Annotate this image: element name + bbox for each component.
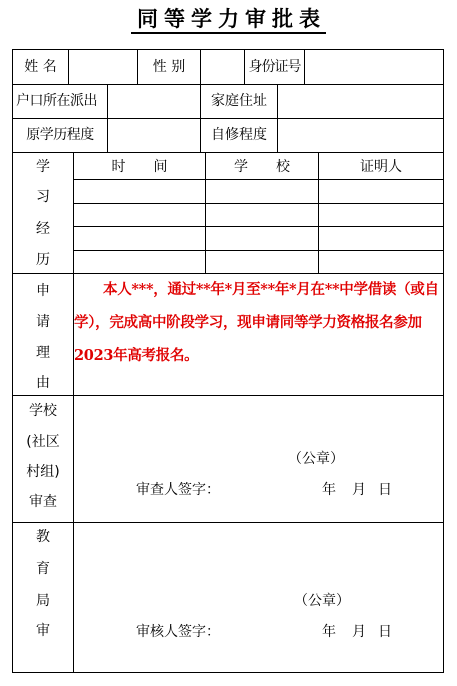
reason-section-label: 请 <box>13 314 73 330</box>
reason-section-label: 申 <box>13 283 73 299</box>
learning-row-4-school[interactable] <box>206 251 318 273</box>
gender-field[interactable] <box>201 50 244 84</box>
school-signer-label: 审查人签字： <box>136 482 220 498</box>
gender-label: 性 别 <box>138 59 200 75</box>
original-education-field[interactable] <box>108 119 200 152</box>
learning-row-2-time[interactable] <box>74 204 205 226</box>
bureau-review-label: 局 <box>13 593 73 609</box>
reason-section-label: 理 <box>13 345 73 361</box>
learning-row-3-school[interactable] <box>206 227 318 250</box>
self-study-field[interactable] <box>278 119 443 152</box>
learning-row-2-school[interactable] <box>206 204 318 226</box>
school-review-label: (社区 <box>13 434 73 450</box>
learning-row-3-witness[interactable] <box>319 227 443 250</box>
learning-row-2-witness[interactable] <box>319 204 443 226</box>
learning-row-1-school[interactable] <box>206 180 318 203</box>
table-border-right <box>443 49 444 673</box>
form-title: 同等学力审批表 <box>0 6 457 34</box>
row-divider <box>12 395 444 396</box>
learning-section-label: 习 <box>13 189 73 205</box>
name-field[interactable] <box>69 50 137 84</box>
learning-row-4-witness[interactable] <box>319 251 443 273</box>
row-divider <box>12 152 444 153</box>
school-date-day: 日 <box>378 482 392 498</box>
school-review-label: 村组) <box>13 464 73 480</box>
school-seal: （公章） <box>288 451 344 467</box>
learning-section-label: 经 <box>13 221 73 237</box>
id-number-field[interactable] <box>305 50 443 84</box>
learning-section-label: 学 <box>13 159 73 175</box>
bureau-date-day: 日 <box>378 624 392 640</box>
learning-section-label: 历 <box>13 252 73 268</box>
reason-section-label: 由 <box>13 375 73 391</box>
learning-row-1-time[interactable] <box>74 180 205 203</box>
home-address-label: 家庭住址 <box>201 93 277 109</box>
self-study-label: 自修程度 <box>201 127 277 143</box>
reason-text[interactable]: 本人***，通过**年*月至**年*月在**中学借读（或自学），完成高中阶段学习… <box>74 273 442 372</box>
id-number-label: 身份证号 <box>245 59 304 75</box>
form-title-text: 同等学力审批表 <box>131 6 326 34</box>
home-address-field[interactable] <box>278 85 443 118</box>
col-header-school: 学 校 <box>206 159 318 175</box>
bureau-review-label: 审 <box>13 623 73 639</box>
learning-row-3-time[interactable] <box>74 227 205 250</box>
hukou-label: 户口所在派出 <box>16 93 97 109</box>
school-date-year: 年 <box>322 482 336 498</box>
col-header-witness: 证明人 <box>319 159 443 175</box>
school-review-label: 审查 <box>13 494 73 510</box>
bureau-date-year: 年 <box>322 624 336 640</box>
table-border-bottom <box>12 672 444 673</box>
row-divider <box>12 522 444 523</box>
bureau-signer-label: 审核人签字： <box>136 624 220 640</box>
learning-row-1-witness[interactable] <box>319 180 443 203</box>
learning-row-4-time[interactable] <box>74 251 205 273</box>
name-label: 姓 名 <box>13 59 68 75</box>
hukou-field[interactable] <box>108 85 200 118</box>
bureau-review-label: 教 <box>13 529 73 545</box>
col-header-time: 时 间 <box>74 159 205 175</box>
bureau-seal: （公章） <box>294 593 350 609</box>
bureau-review-label: 育 <box>13 561 73 577</box>
original-education-label: 原学历程度 <box>13 127 107 143</box>
school-review-label: 学校 <box>13 403 73 419</box>
bureau-date-month: 月 <box>352 624 366 640</box>
school-date-month: 月 <box>352 482 366 498</box>
